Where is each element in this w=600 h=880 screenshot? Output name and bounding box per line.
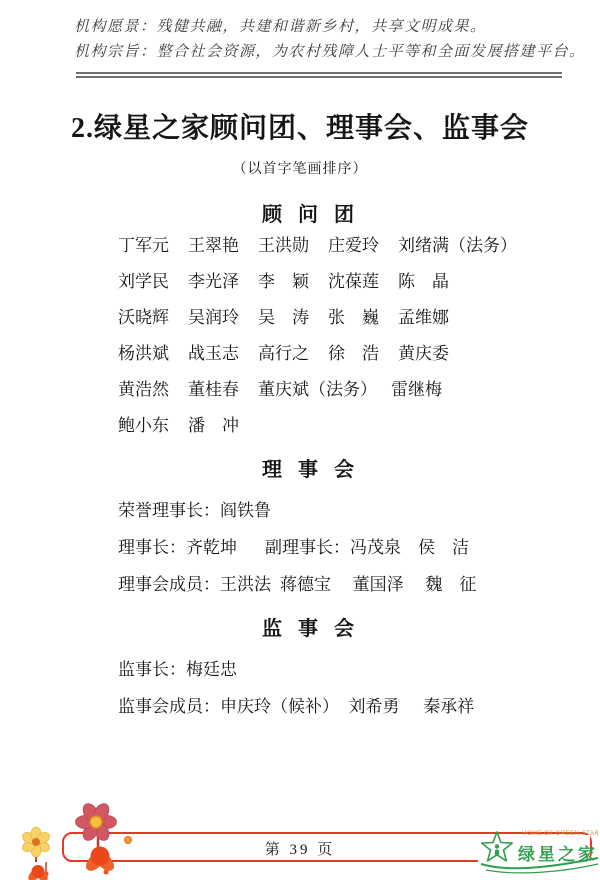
- section-heading: 监事会: [118, 617, 498, 641]
- member-row: 沃晓辉吴润玲吴 涛张 巍孟维娜: [118, 309, 498, 326]
- mission-line: 机构宗旨：整合社会资源，为农村残障人士平等和全面发展搭建平台。: [74, 40, 560, 65]
- green-star-logo: HOME OF GREEN STAR 绿星之家: [478, 818, 600, 880]
- document-page: 机构愿景：残健共融，共建和谐新乡村，共享文明成果。 机构宗旨：整合社会资源，为农…: [0, 0, 600, 880]
- member-row: 监事会成员：申庆玲（候补）刘希勇秦承祥: [118, 698, 498, 715]
- page-title: 2.绿星之家顾问团、理事会、监事会: [0, 112, 600, 146]
- member-row: 荣誉理事长：阎铁鲁: [118, 502, 498, 519]
- member-name: 刘绪满（法务）: [398, 237, 484, 254]
- member-name: 监事长：梅廷忠: [118, 661, 237, 678]
- member-name: 理事长：齐乾坤: [118, 539, 237, 556]
- member-name: 王洪勋: [258, 237, 314, 254]
- member-name: 高行之: [258, 345, 314, 362]
- member-name: 董国泽: [353, 576, 398, 593]
- member-name: 吴润玲: [188, 309, 244, 326]
- member-name: 张 巍: [328, 309, 384, 326]
- member-name: 刘希勇: [349, 698, 396, 715]
- sections: 顾问团丁军元王翠艳王洪勋庄爱玲刘绪满（法务）刘学民李光泽李 颖沈葆莲陈 晶沃晓辉…: [118, 203, 498, 715]
- member-row: 鲍小东潘 冲: [118, 417, 498, 434]
- member-name: 战玉志: [188, 345, 244, 362]
- member-name: 董桂春: [188, 381, 244, 398]
- member-name: 沃晓辉: [118, 309, 174, 326]
- member-name: 秦承祥: [423, 698, 470, 715]
- logo-tagline: HOME OF GREEN STAR: [522, 831, 599, 837]
- member-name: 庄爱玲: [328, 237, 384, 254]
- member-name: 李光泽: [188, 273, 244, 290]
- member-name: 监事会成员：申庆玲（候补）: [118, 698, 321, 715]
- member-name: 陈 晶: [398, 273, 454, 290]
- section: 理事会荣誉理事长：阎铁鲁理事长：齐乾坤副理事长：冯茂泉 侯 洁理事会成员：王洪法…: [118, 458, 498, 593]
- header-divider: [76, 72, 562, 78]
- member-name: 吴 涛: [258, 309, 314, 326]
- member-row: 监事长：梅廷忠: [118, 661, 498, 678]
- member-name: 董庆斌（法务）: [258, 381, 377, 398]
- member-name: 徐 浩: [328, 345, 384, 362]
- vision-line: 机构愿景：残健共融，共建和谐新乡村，共享文明成果。: [74, 15, 560, 40]
- member-row: 杨洪斌战玉志高行之徐 浩黄庆委: [118, 345, 498, 362]
- member-name: 蒋德宝: [280, 576, 325, 593]
- section-heading: 理事会: [118, 458, 498, 482]
- member-name: 黄庆委: [398, 345, 454, 362]
- member-name: 李 颖: [258, 273, 314, 290]
- member-row: 理事长：齐乾坤副理事长：冯茂泉 侯 洁: [118, 539, 498, 556]
- member-row: 丁军元王翠艳王洪勋庄爱玲刘绪满（法务）: [118, 237, 498, 254]
- member-row: 黄浩然董桂春董庆斌（法务）雷继梅: [118, 381, 498, 398]
- member-name: 孟维娜: [398, 309, 454, 326]
- logo-name: 绿星之家: [518, 840, 598, 865]
- section-heading: 顾问团: [118, 203, 498, 227]
- page-subtitle: （以首字笔画排序）: [0, 161, 600, 179]
- member-name: 杨洪斌: [118, 345, 174, 362]
- member-name: 黄浩然: [118, 381, 174, 398]
- member-name: 副理事长：冯茂泉 侯 洁: [265, 539, 469, 556]
- section: 顾问团丁军元王翠艳王洪勋庄爱玲刘绪满（法务）刘学民李光泽李 颖沈葆莲陈 晶沃晓辉…: [118, 203, 498, 434]
- member-row: 刘学民李光泽李 颖沈葆莲陈 晶: [118, 273, 498, 290]
- member-name: 丁军元: [118, 237, 174, 254]
- member-name: 刘学民: [118, 273, 174, 290]
- member-name: 鲍小东: [118, 417, 174, 434]
- member-name: 沈葆莲: [328, 273, 384, 290]
- page-header: 机构愿景：残健共融，共建和谐新乡村，共享文明成果。 机构宗旨：整合社会资源，为农…: [0, 0, 600, 65]
- section: 监事会监事长：梅廷忠监事会成员：申庆玲（候补）刘希勇秦承祥: [118, 617, 498, 715]
- member-name: 雷继梅: [391, 381, 447, 398]
- member-name: 理事会成员：王洪法: [118, 576, 252, 593]
- member-name: 魏 征: [425, 576, 470, 593]
- member-row: 理事会成员：王洪法蒋德宝董国泽魏 征: [118, 576, 498, 593]
- member-name: 王翠艳: [188, 237, 244, 254]
- flower-decoration-icon: [6, 798, 138, 880]
- member-name: 荣誉理事长：阎铁鲁: [118, 502, 271, 519]
- member-name: 潘 冲: [188, 417, 244, 434]
